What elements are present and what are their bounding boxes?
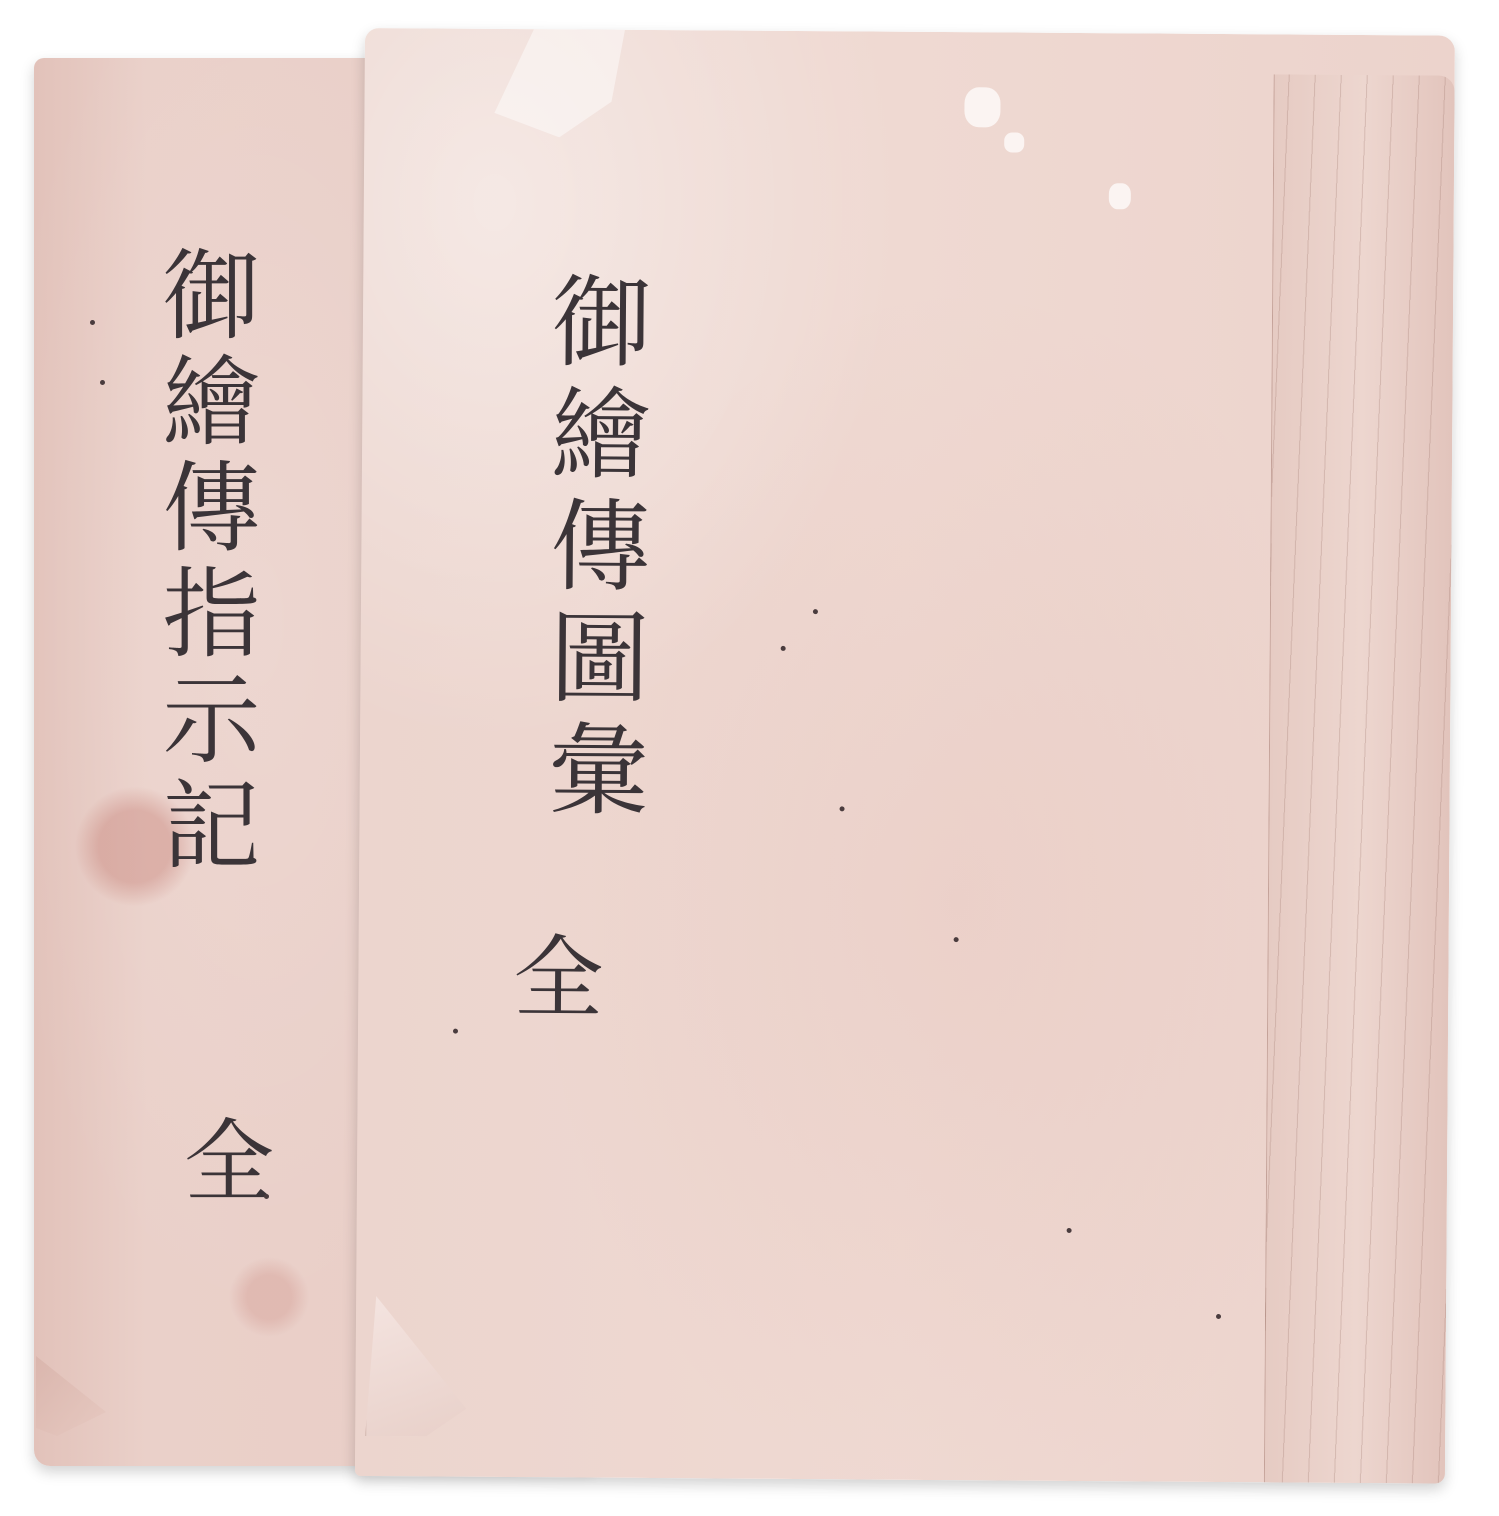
book-left-volume-mark: 全 bbox=[184, 1118, 274, 1208]
book-left-title: 御繪傳指示記 bbox=[154, 244, 252, 880]
ink-speck bbox=[840, 806, 845, 811]
ink-speck bbox=[90, 320, 95, 325]
book-right: 御繪傳圖彙 全 bbox=[355, 28, 1455, 1484]
book-right-volume-mark: 全 bbox=[513, 934, 604, 1025]
ink-speck bbox=[781, 646, 786, 651]
paper-loss-spot bbox=[1109, 183, 1131, 209]
photo-scene: 御繪傳指示記 全 御繪傳圖彙 全 bbox=[0, 0, 1499, 1516]
ink-speck bbox=[1067, 1228, 1072, 1233]
ink-speck bbox=[954, 937, 959, 942]
ink-speck bbox=[453, 1029, 458, 1034]
ink-speck bbox=[100, 380, 105, 385]
book-right-page-edges bbox=[1264, 74, 1455, 1483]
ink-speck bbox=[813, 609, 818, 614]
paper-loss-spot bbox=[964, 87, 1000, 127]
paper-loss-spot bbox=[1004, 132, 1024, 152]
book-right-title: 御繪傳圖彙 bbox=[539, 269, 643, 830]
ink-speck bbox=[264, 1194, 269, 1199]
ink-speck bbox=[1216, 1314, 1221, 1319]
